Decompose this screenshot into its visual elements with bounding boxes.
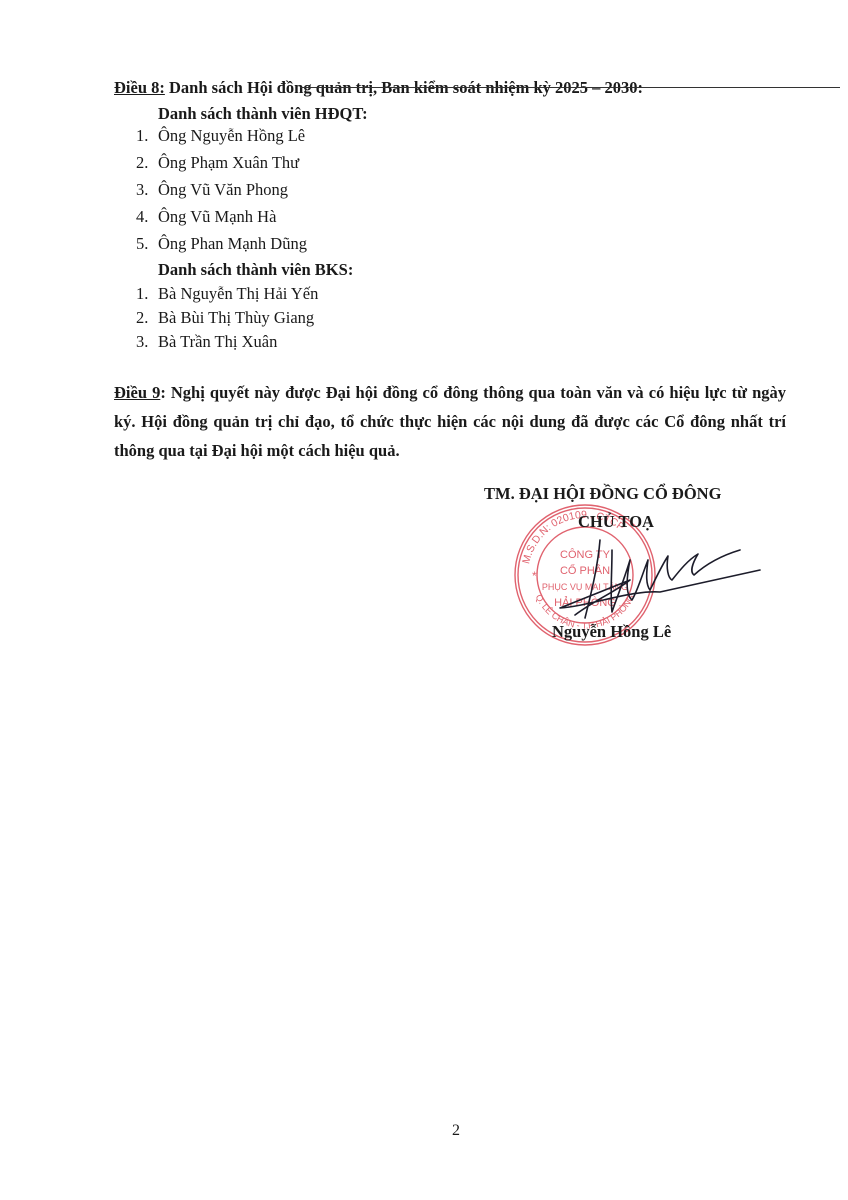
board-member-list: 1.Ông Nguyễn Hồng Lê 2.Ông Phạm Xuân Thư… [136, 122, 307, 257]
document-page: Điều 8: Danh sách Hội đồng quản trị, Ban… [0, 0, 848, 1200]
list-item: 1.Ông Nguyễn Hồng Lê [136, 122, 307, 149]
list-item: 2.Ông Phạm Xuân Thư [136, 149, 307, 176]
signature-block: M.S.D.N: 020109 . CTCP Q. LÊ CHÂN - T.P … [470, 480, 790, 660]
list-item: 3.Ông Vũ Văn Phong [136, 176, 307, 203]
signatory-name: Nguyễn Hồng Lê [552, 622, 671, 642]
list-item: 3.Bà Trần Thị Xuân [136, 330, 318, 354]
article-8-label: Điều 8: [114, 78, 165, 97]
article-9-paragraph: Điều 9: Nghị quyết này được Đại hội đồng… [114, 378, 786, 465]
signatory-title: TM. ĐẠI HỘI ĐỒNG CỔ ĐÔNG [484, 484, 721, 504]
supervisory-list-heading: Danh sách thành viên BKS: [158, 260, 353, 280]
strike-rule [300, 87, 840, 88]
page-number: 2 [452, 1122, 460, 1140]
article-9-text: : Nghị quyết này được Đại hội đồng cổ đô… [114, 383, 786, 460]
list-item: 2.Bà Bùi Thị Thùy Giang [136, 306, 318, 330]
list-item: 4.Ông Vũ Mạnh Hà [136, 203, 307, 230]
list-item: 5.Ông Phan Mạnh Dũng [136, 230, 307, 257]
board-list-heading: Danh sách thành viên HĐQT: [158, 104, 368, 124]
supervisory-member-list: 1.Bà Nguyễn Thị Hải Yến 2.Bà Bùi Thị Thù… [136, 282, 318, 354]
article-8-heading: Điều 8: Danh sách Hội đồng quản trị, Ban… [114, 78, 643, 98]
list-item: 1.Bà Nguyễn Thị Hải Yến [136, 282, 318, 306]
handwritten-signature-icon [520, 520, 770, 630]
article-9-label: Điều 9 [114, 383, 160, 402]
